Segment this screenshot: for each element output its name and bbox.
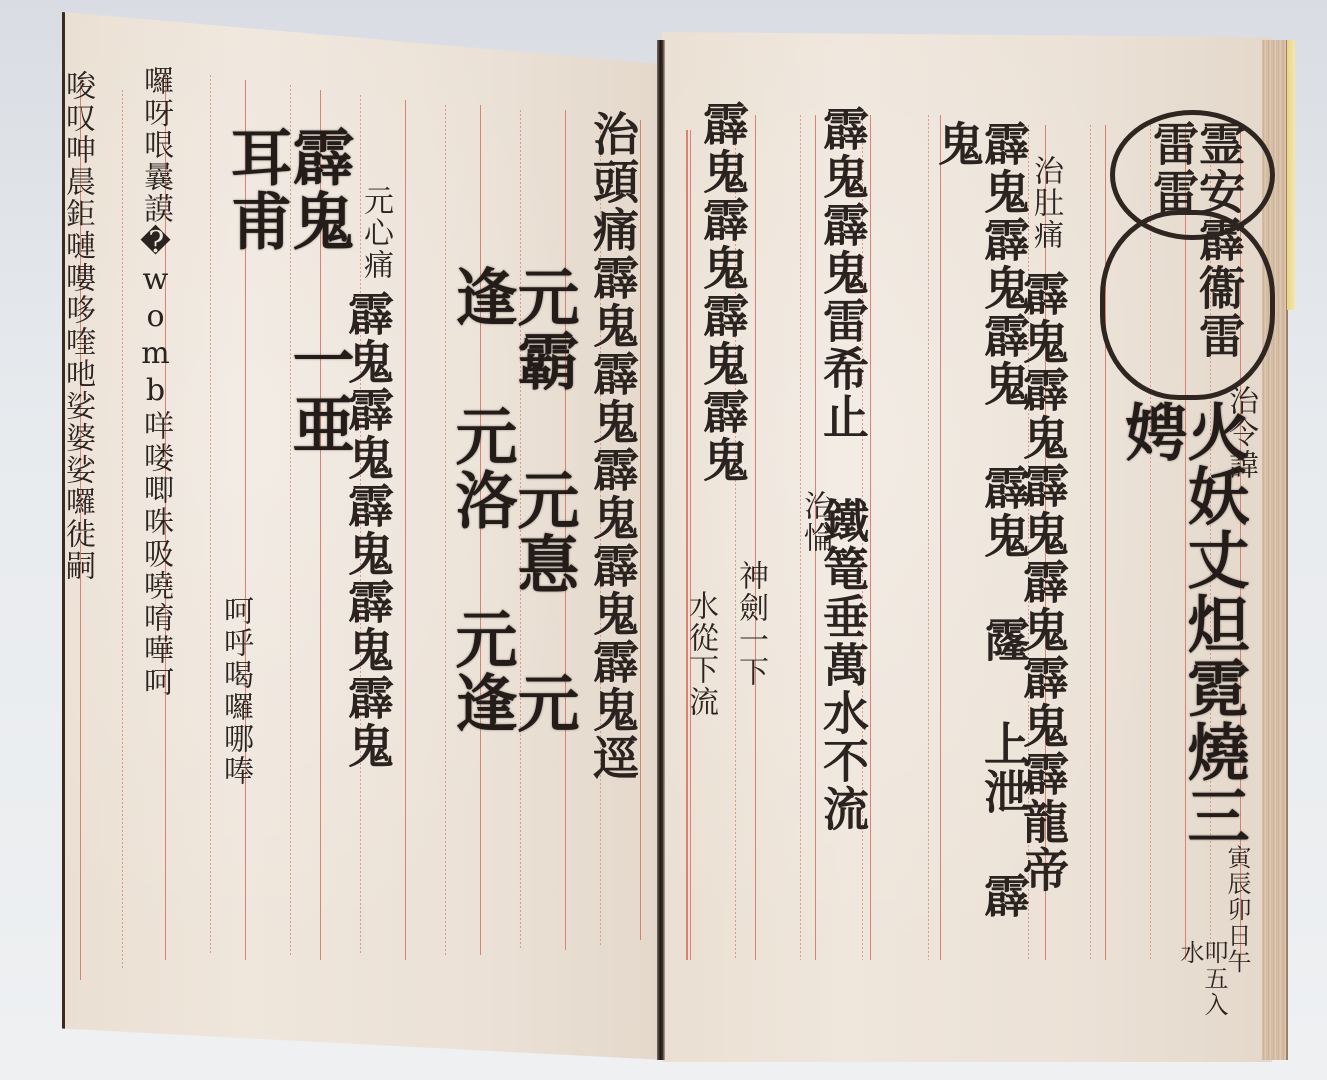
rule-line: [640, 120, 641, 940]
right-col-2-header: 治肚痛: [1030, 155, 1060, 275]
left-col-2-main: 元霸 元惪 元逢 元洛 元逢: [450, 265, 574, 765]
rule-line: [686, 130, 688, 960]
right-col-1-note-bottom2: 叩五入水: [1178, 940, 1226, 1030]
rule-line: [122, 90, 123, 970]
rule-line: [210, 75, 211, 955]
rule-line: [928, 115, 929, 960]
right-col-4-note: 治惀: [800, 490, 830, 590]
bookmark-strip: [1287, 40, 1295, 310]
open-manuscript-book: 霊安霹衞雷雷雷 火妖丈炟霓燒三 𡞲 治令諱 寅辰卯日午 叩五入水 治肚痛 霹鬼霹…: [0, 0, 1327, 1080]
left-col-4-main: 霹鬼 一亜 耳甫: [225, 125, 349, 585]
left-col-6-main: 唆叹呻晨鉅嗹嘍哆喹吔娑婆娑囉徙嗣: [62, 70, 92, 970]
right-col-5-note-2: 水從下流: [685, 590, 715, 770]
right-col-5-main: 霹鬼霹鬼霹鬼霹鬼: [700, 100, 746, 550]
rule-line: [1105, 125, 1106, 960]
rule-line: [1090, 125, 1091, 960]
rule-line: [870, 115, 871, 960]
left-col-3-header: 元心痛: [360, 185, 390, 295]
right-col-5-note-1: 神劍一下: [735, 560, 765, 740]
left-col-4-note: 呵呼喝囉哪唪: [220, 595, 250, 975]
left-col-1-main: 治頭痛霹鬼霹鬼霹鬼霹鬼霹鬼逕: [590, 110, 636, 870]
rule-line: [755, 115, 756, 960]
book-spine: [657, 40, 665, 1060]
right-col-1-note-top: 治令諱: [1225, 385, 1255, 585]
talisman-head: 霊安霹衞雷雷雷: [1150, 120, 1242, 400]
right-col-3-main: 霹鬼霹鬼霹鬼 霹鬼 霳 上泄 霹鬼: [935, 120, 1027, 920]
rule-line: [690, 130, 691, 960]
rule-line: [405, 100, 406, 960]
right-col-1-note-bottom: 寅辰卯日午: [1225, 845, 1249, 1015]
left-col-5-main: 囉呀哏曩謨�womb咩喽唧咮吸嘵唷嘩呵: [140, 65, 170, 965]
